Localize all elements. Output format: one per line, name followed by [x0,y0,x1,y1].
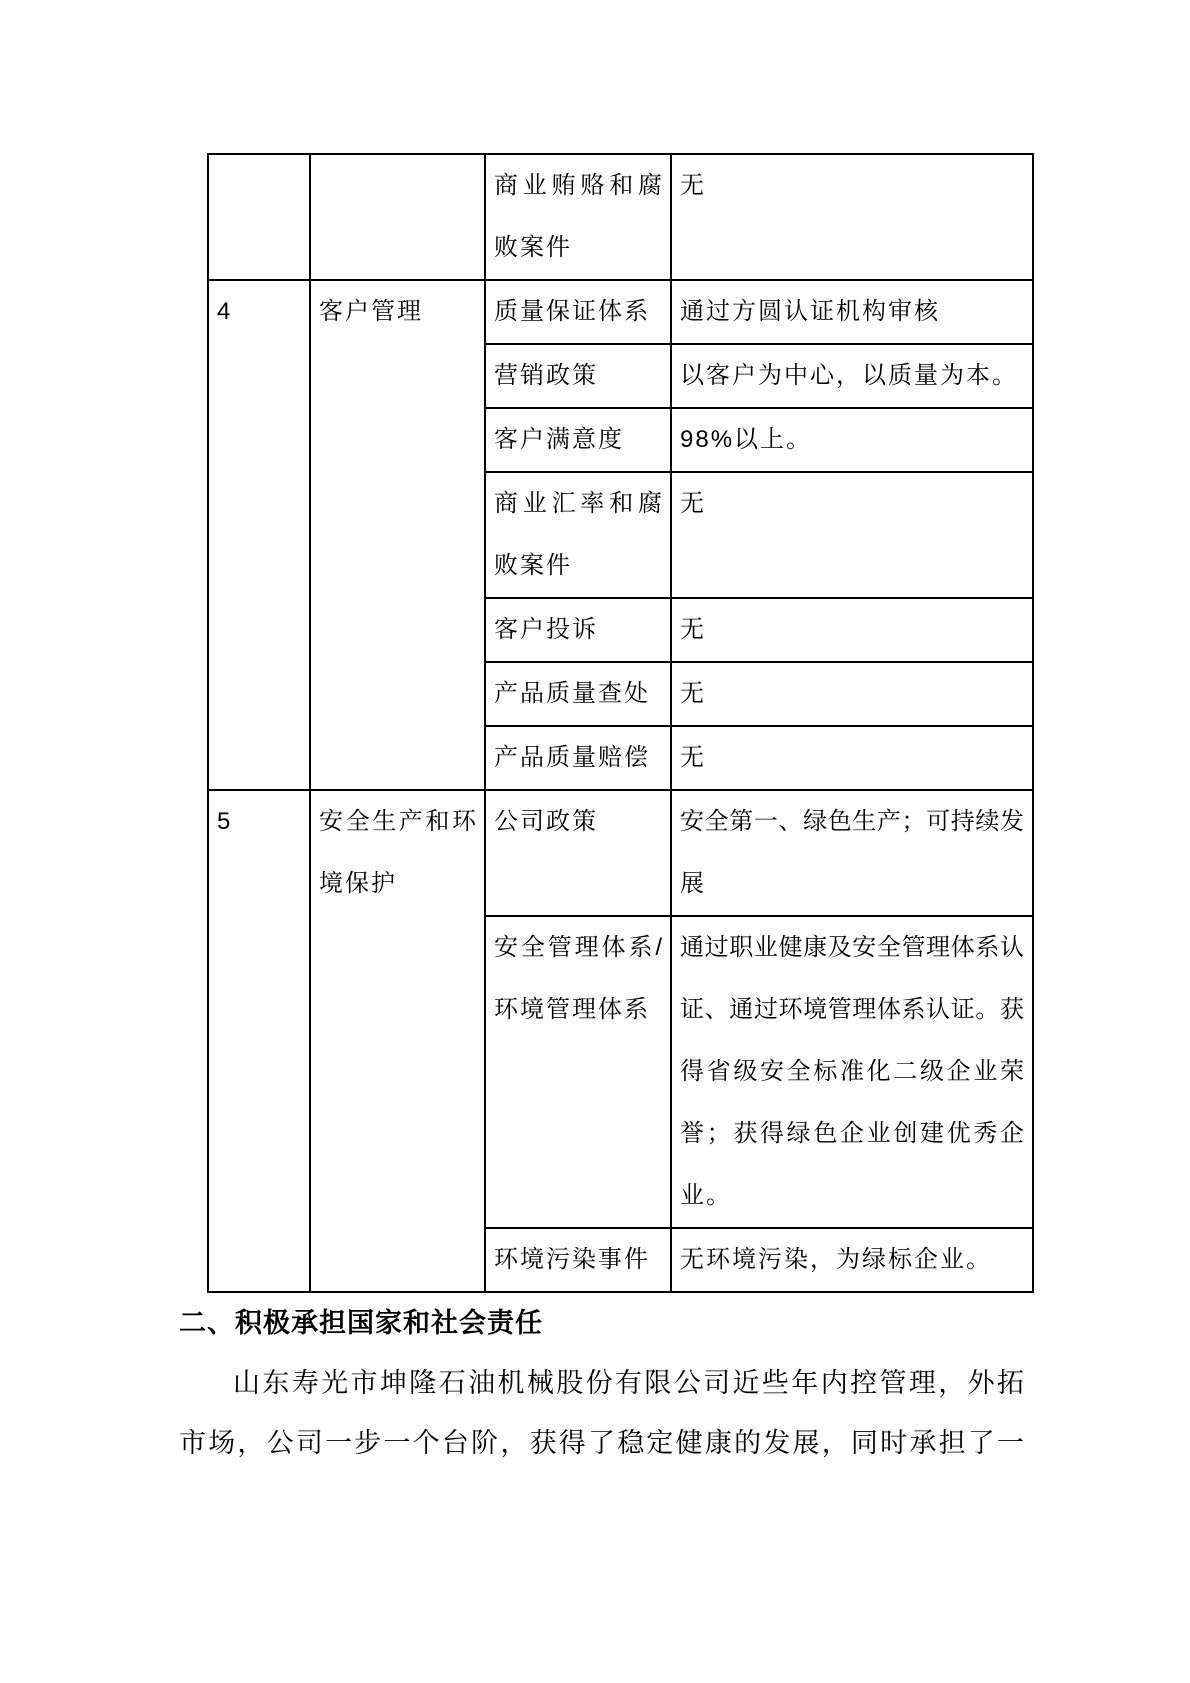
section-block: 二、积极承担国家和社会责任 山东寿光市坤隆石油机械股份有限公司近些年内控管理，外… [179,1293,1024,1473]
item-cell: 产品质量赔偿 [485,726,671,790]
value-cell: 通过方圆认证机构审核 [671,280,1033,344]
category-cell-line: 客户管理 [319,281,476,343]
category-cell: 客户管理 [310,280,485,790]
item-cell: 公司政策 [485,790,671,916]
item-cell: 客户满意度 [485,408,671,472]
item-cell-line: 质量保证体系 [494,281,662,343]
value-cell-line: 无 [680,727,1024,789]
value-cell-line: 誉；获得绿色企业创建优秀企 [680,1103,1024,1165]
value-cell: 98%以上。 [671,408,1033,472]
table-row: 4客户管理质量保证体系通过方圆认证机构审核 [208,280,1033,344]
value-cell: 无 [671,598,1033,662]
item-cell: 环境污染事件 [485,1228,671,1292]
row-number-cell-line: 5 [217,791,301,853]
item-cell-line: 败案件 [494,217,662,279]
row-number-cell: 4 [208,280,310,790]
item-cell-line: 商业贿赂和腐 [494,155,662,217]
responsibility-table-body: 商业贿赂和腐败案件无4客户管理质量保证体系通过方圆认证机构审核营销政策以客户为中… [208,154,1033,1292]
value-cell-line: 无 [680,663,1024,725]
item-cell-line: 环境污染事件 [494,1229,662,1291]
table-row: 5安全生产和环境保护公司政策安全第一、绿色生产；可持续发展 [208,790,1033,916]
item-cell-line: 公司政策 [494,791,662,853]
value-cell-line: 无环境污染，为绿标企业。 [680,1229,1024,1291]
value-cell: 安全第一、绿色生产；可持续发展 [671,790,1033,916]
item-cell: 安全管理体系/环境管理体系 [485,916,671,1228]
value-cell-line: 无 [680,599,1024,661]
value-cell: 以客户为中心，以质量为本。 [671,344,1033,408]
section-heading: 二、积极承担国家和社会责任 [179,1293,1024,1353]
value-cell: 无环境污染，为绿标企业。 [671,1228,1033,1292]
value-cell-line: 无 [680,155,1024,217]
item-cell: 产品质量查处 [485,662,671,726]
item-cell-line: 客户投诉 [494,599,662,661]
item-cell: 客户投诉 [485,598,671,662]
item-cell-line: 安全管理体系/ [494,917,662,979]
responsibility-table: 商业贿赂和腐败案件无4客户管理质量保证体系通过方圆认证机构审核营销政策以客户为中… [207,153,1034,1293]
item-cell-line: 产品质量查处 [494,663,662,725]
item-cell-line: 败案件 [494,535,662,597]
item-cell-line: 客户满意度 [494,409,662,471]
paragraph-line: 山东寿光市坤隆石油机械股份有限公司近些年内控管理，外拓 [179,1353,1024,1413]
category-cell-line: 安全生产和环 [319,791,476,853]
item-cell-line: 产品质量赔偿 [494,727,662,789]
value-cell: 无 [671,154,1033,280]
value-cell-line: 以客户为中心，以质量为本。 [680,345,1024,407]
row-number-cell: 5 [208,790,310,1292]
item-cell: 质量保证体系 [485,280,671,344]
item-cell: 营销政策 [485,344,671,408]
value-cell-line: 得省级安全标准化二级企业荣 [680,1041,1024,1103]
item-cell-line: 商业汇率和腐 [494,473,662,535]
item-cell: 商业汇率和腐败案件 [485,472,671,598]
item-cell-line: 营销政策 [494,345,662,407]
row-number-cell [208,154,310,280]
value-cell-line: 通过职业健康及安全管理体系认 [680,917,1024,979]
value-cell: 无 [671,726,1033,790]
value-cell: 无 [671,662,1033,726]
category-cell: 安全生产和环境保护 [310,790,485,1292]
item-cell-line: 环境管理体系 [494,979,662,1041]
table-row: 商业贿赂和腐败案件无 [208,154,1033,280]
value-cell-line: 证、通过环境管理体系认证。获 [680,979,1024,1041]
value-cell-line: 通过方圆认证机构审核 [680,281,1024,343]
value-cell: 无 [671,472,1033,598]
value-cell: 通过职业健康及安全管理体系认证、通过环境管理体系认证。获得省级安全标准化二级企业… [671,916,1033,1228]
value-cell-line: 98%以上。 [680,409,1024,471]
category-cell-line: 境保护 [319,853,476,915]
item-cell: 商业贿赂和腐败案件 [485,154,671,280]
paragraph: 山东寿光市坤隆石油机械股份有限公司近些年内控管理，外拓 市场，公司一步一个台阶，… [179,1353,1024,1473]
paragraph-line: 市场，公司一步一个台阶，获得了稳定健康的发展，同时承担了一 [179,1413,1024,1473]
value-cell-line: 展 [680,853,1024,915]
category-cell [310,154,485,280]
value-cell-line: 安全第一、绿色生产；可持续发 [680,791,1024,853]
document-page: 商业贿赂和腐败案件无4客户管理质量保证体系通过方圆认证机构审核营销政策以客户为中… [0,0,1190,1683]
value-cell-line: 业。 [680,1165,1024,1227]
row-number-cell-line: 4 [217,281,301,343]
value-cell-line: 无 [680,473,1024,535]
